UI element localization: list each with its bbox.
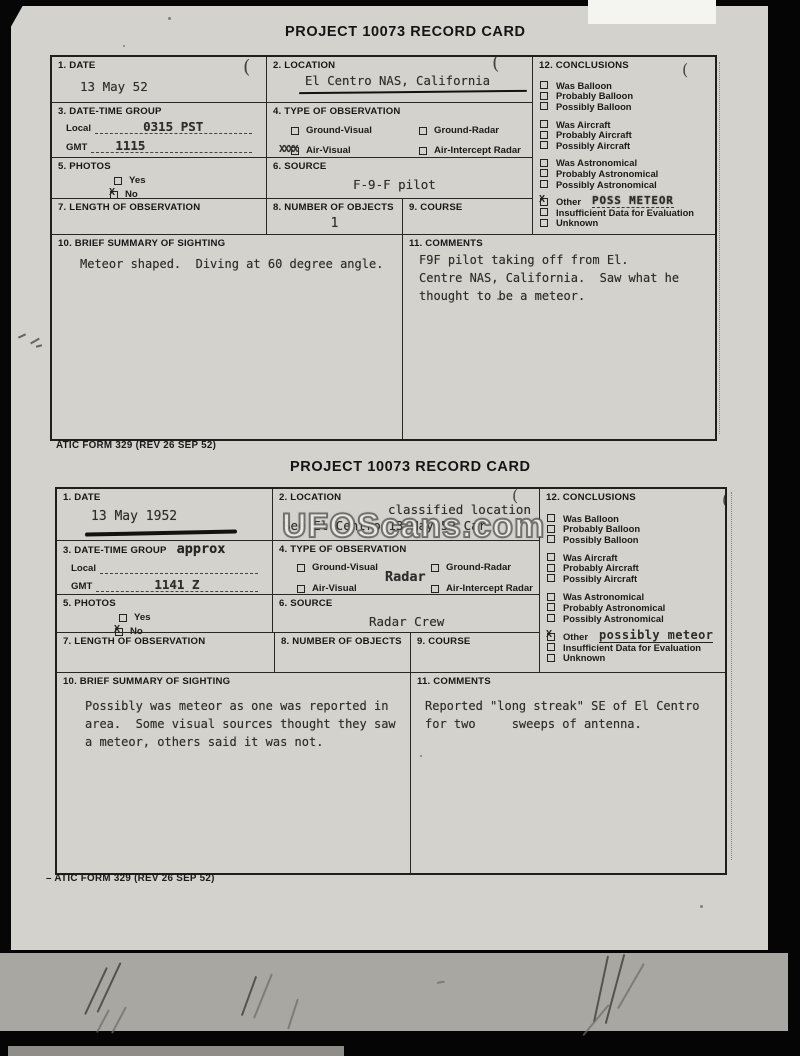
comments-value: Reported "long streak" SE of El Centro f… [425,697,720,733]
type-option: Air-Intercept Radar [431,583,533,594]
type-option: Air-Visual [297,583,357,594]
conclusion-item: Unknown [533,218,715,229]
card1-date-cell: 1. DATE 13 May 52 [52,57,266,102]
checkbox [540,81,548,89]
checkbox [419,147,427,155]
fill-in-rule: 0315 PST [95,120,252,134]
type-label: 4. TYPE OF OBSERVATION [267,103,532,117]
option-text: Ground-Radar [434,125,499,136]
date-label: 1. DATE [57,489,272,503]
date-heavy-underline [85,529,237,536]
length-label: 7. LENGTH OF OBSERVATION [52,199,266,213]
checkbox [547,654,555,662]
conclusion-item: Possibly Balloon [533,101,715,112]
card1-type-cell: 4. TYPE OF OBSERVATION Ground-Visual Gro… [266,102,532,157]
option-text: Air-Intercept Radar [434,145,521,156]
conclusion-item: Possibly Aircraft [533,140,715,151]
date-value: 13 May 1952 [91,509,177,524]
summary-label: 10. BRIEF SUMMARY OF SIGHTING [52,235,402,249]
conclusion-text: Was Aircraft [563,552,618,563]
dtg-local-row: Local 0315 PST [66,120,252,134]
checkbox [297,564,305,572]
card2-type-cell: 4. TYPE OF OBSERVATION Ground-Visual Gro… [272,540,539,594]
card1-summary-cell: 10. BRIEF SUMMARY OF SIGHTING Meteor sha… [52,234,402,439]
option-text: Yes [129,175,146,186]
conclusion-text: Probably Balloon [563,523,640,534]
conclusion-item-other: X Other possibly meteor [540,631,725,642]
option-text: Yes [134,612,151,623]
checkbox [540,180,548,188]
card1-comments-cell: 11. COMMENTS F9F pilot taking off from E… [402,234,715,439]
conclusion-text: Was Balloon [556,80,612,91]
card1-source-cell: 6. SOURCE F-9-F pilot [266,157,532,198]
scan-speck [168,17,171,20]
checkbox [547,614,555,622]
checkbox [547,643,555,651]
checkbox [547,525,555,533]
conclusion-item: Probably Balloon [533,91,715,102]
conclusion-text: Probably Balloon [556,90,633,101]
option-text: Air-Intercept Radar [446,583,533,594]
checkbox [547,603,555,611]
source-label: 6. SOURCE [267,158,532,172]
checkbox [547,574,555,582]
checkbox [547,535,555,543]
dtg-label: 3. DATE-TIME GROUP [52,103,266,117]
conclusion-item: Possibly Astronomical [540,613,725,624]
card1-dtg-cell: 3. DATE-TIME GROUP Local 0315 PST GMT 11… [52,102,266,157]
checkbox [540,208,548,216]
conclusion-text: Was Astronomical [563,591,644,602]
gmt-value: 1115 [115,138,145,153]
summary-value: Possibly was meteor as one was reported … [85,697,405,751]
scanner-edge-strip [588,0,716,24]
conclusion-text: Was Balloon [563,513,619,524]
gmt-value: 1141 Z [154,577,199,592]
type-option: Ground-Radar [431,562,511,573]
conclusion-item: Probably Aircraft [540,562,725,573]
checkbox [540,102,548,110]
card-margin-dots [731,492,732,860]
scan-speck [700,905,703,908]
card2-length-cell: 7. LENGTH OF OBSERVATION [57,632,274,672]
other-value: POSS METEOR [592,194,674,208]
conclusion-item: Probably Astronomical [533,168,715,179]
option-text: Ground-Radar [446,562,511,573]
comments-label: 11. COMMENTS [411,673,725,687]
checkbox [419,127,427,135]
card1-title: PROJECT 10073 RECORD CARD [285,24,526,40]
conclusion-item: Was Aircraft [540,552,725,563]
dtg-approx-note: approx [177,541,226,557]
checkbox [547,514,555,522]
conclusion-item: Possibly Aircraft [540,573,725,584]
scan-left-edge [0,0,11,953]
conclusion-item: Was Balloon [533,80,715,91]
checkbox-checked: X [540,198,548,206]
conclusion-text: Insufficient Data for Evaluation [563,642,701,653]
conclusion-text: Possibly Astronomical [563,613,664,624]
conclusion-text: Possibly Balloon [556,101,632,112]
fill-in-rule [100,560,258,574]
type-option: Ground-Visual [291,125,372,136]
conclusion-text: Possibly Aircraft [563,573,637,584]
card2-course-cell: 9. COURSE [410,632,539,672]
source-value: F-9-F pilot [353,177,436,192]
card2-conclusions-cell: 12. CONCLUSIONS Was Balloon Probably Bal… [539,489,725,672]
conclusion-item: Probably Aircraft [533,129,715,140]
conclusion-text: Probably Aircraft [556,129,632,140]
gmt-label: GMT [71,581,92,592]
location-value: El Centro NAS, California [305,74,490,88]
dtg-gmt-row: GMT 1141 Z [71,578,258,592]
comments-label: 11. COMMENTS [403,235,715,249]
date-label: 1. DATE [52,57,266,71]
option-text: Air-Visual [312,583,357,594]
conclusion-text: Insufficient Data for Evaluation [556,207,694,218]
number-value: 1 [267,216,402,231]
conclusion-item: Was Aircraft [533,119,715,130]
conclusion-item: Was Balloon [540,513,725,524]
dtg-gmt-row: GMT 1115 [66,139,252,153]
source-label: 6. SOURCE [273,595,539,609]
card2-date-cell: 1. DATE 13 May 1952 [57,489,272,540]
checkbox [547,564,555,572]
number-label: 8. NUMBER OF OBJECTS [267,199,402,213]
conclusion-item: Was Astronomical [533,158,715,169]
card1-conclusions-cell: 12. CONCLUSIONS Was Balloon Probably Bal… [532,57,715,234]
conclusion-text: Other [556,196,581,207]
checkbox [431,585,439,593]
photos-label: 5. PHOTOS [57,595,272,609]
conclusion-text: Other [563,631,588,642]
local-label: Local [66,123,91,134]
checkbox [114,177,122,185]
conclusion-item: Possibly Astronomical [533,179,715,190]
card1-form-footer: ATIC FORM 329 (REV 26 SEP 52) [56,440,216,451]
card-margin-dots [719,62,720,434]
scan-bottom-strip [8,1046,344,1056]
local-value: 0315 PST [143,119,203,134]
location-label: 2. LOCATION [273,489,539,503]
x-mark: X [109,187,115,198]
number-label: 8. NUMBER OF OBJECTS [275,633,410,647]
x-mark: X [546,629,552,640]
conclusion-text: Possibly Aircraft [556,140,630,151]
x-mark: X [539,194,545,205]
conclusion-item: Insufficient Data for Evaluation [533,207,715,218]
conclusion-text: Probably Aircraft [563,562,639,573]
type-option: Ground-Visual [297,562,378,573]
option-text: Ground-Visual [306,125,372,136]
card1-number-cell: 8. NUMBER OF OBJECTS 1 [266,198,402,234]
card1-length-cell: 7. LENGTH OF OBSERVATION [52,198,266,234]
photos-yes-row: Yes [114,175,266,186]
conclusion-text: Unknown [563,652,605,663]
summary-value: Meteor shaped. Diving at 60 degree angle… [80,255,395,273]
checkbox [540,141,548,149]
card2-number-cell: 8. NUMBER OF OBJECTS [274,632,410,672]
conclusions-label: 12. CONCLUSIONS [533,57,715,71]
conclusion-text: Probably Astronomical [563,602,665,613]
dtg-label: 3. DATE-TIME GROUP [57,542,167,556]
location-underline [299,90,527,94]
option-text: Air-Visual [306,145,351,156]
conclusions-label: 12. CONCLUSIONS [540,489,725,503]
checkbox [540,120,548,128]
type-option: Air-Visual [291,145,351,156]
checkbox [540,131,548,139]
conclusion-text: Was Astronomical [556,157,637,168]
checkbox [119,614,127,622]
checkbox [540,169,548,177]
card2-title: PROJECT 10073 RECORD CARD [290,459,531,475]
card1-location-cell: 2. LOCATION El Centro NAS, California [266,57,532,102]
option-text: Ground-Visual [312,562,378,573]
fill-in-rule: 1115 [91,139,252,153]
length-label: 7. LENGTH OF OBSERVATION [57,633,274,647]
ufoscans-watermark: UFOScans.com [282,507,545,546]
conclusion-text: Possibly Astronomical [556,179,657,190]
checkbox [291,127,299,135]
conclusion-item: Probably Astronomical [540,602,725,613]
conclusion-text: Probably Astronomical [556,168,658,179]
source-value: Radar Crew [369,614,444,629]
type-option: Ground-Radar [419,125,499,136]
conclusion-item-other: X Other POSS METEOR [533,196,715,207]
photos-label: 5. PHOTOS [52,158,266,172]
card2-dtg-cell: 3. DATE-TIME GROUP approx Local GMT 1141… [57,540,272,594]
conclusion-item: Possibly Balloon [540,534,725,545]
card2-comments-cell: 11. COMMENTS Reported "long streak" SE o… [410,672,725,873]
course-label: 9. COURSE [403,199,532,213]
checkbox [297,585,305,593]
checkbox [431,564,439,572]
conclusion-text: Was Aircraft [556,119,611,130]
checkbox [540,219,548,227]
card2-form-footer: – ATIC FORM 329 (REV 26 SEP 52) [46,873,215,884]
record-card-1: 1. DATE 13 May 52 2. LOCATION El Centro … [50,55,717,441]
comments-value: F9F pilot taking off from El. Centre NAS… [419,251,709,305]
conclusion-item: Was Astronomical [540,592,725,603]
fill-in-rule: 1141 Z [96,578,258,592]
card2-photos-cell: 5. PHOTOS Yes XNo [57,594,272,632]
conclusion-item: Probably Balloon [540,524,725,535]
scan-speck [123,45,125,47]
card2-source-cell: 6. SOURCE Radar Crew [272,594,539,632]
scan-corner-shadow [0,0,26,46]
typed-x-mark: XXXX [279,144,297,155]
photos-yes-row: Yes [119,612,272,623]
checkbox [540,92,548,100]
course-label: 9. COURSE [411,633,539,647]
local-label: Local [71,563,96,574]
type-radar-note: Radar [385,569,426,585]
conclusion-text: Unknown [556,217,598,228]
checkbox [547,593,555,601]
other-value: possibly meteor [599,628,713,643]
card2-summary-cell: 10. BRIEF SUMMARY OF SIGHTING Possibly w… [57,672,410,873]
checkbox [547,553,555,561]
date-value: 13 May 52 [80,79,148,94]
conclusion-item: Insufficient Data for Evaluation [540,642,725,653]
checkbox-checked: X [547,633,555,641]
location-label: 2. LOCATION [267,57,532,71]
summary-label: 10. BRIEF SUMMARY OF SIGHTING [57,673,410,687]
conclusion-text: Possibly Balloon [563,534,639,545]
dtg-local-row: Local [71,560,258,574]
checkbox [540,159,548,167]
conclusion-item: Unknown [540,653,725,664]
type-option: Air-Intercept Radar [419,145,521,156]
card1-photos-cell: 5. PHOTOS Yes XNo [52,157,266,198]
card1-course-cell: 9. COURSE [402,198,532,234]
gmt-label: GMT [66,142,87,153]
